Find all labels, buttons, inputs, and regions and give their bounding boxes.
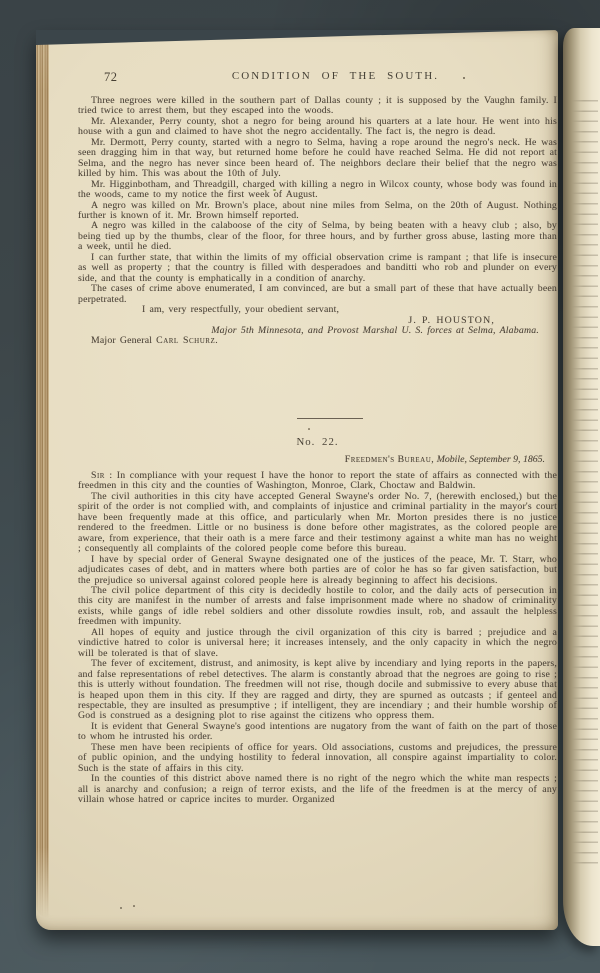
scanned-book-photo: 72 CONDITION OF THE SOUTH. Three negroes… bbox=[0, 0, 600, 973]
paragraph: I have by special order of General Swayn… bbox=[78, 555, 557, 586]
paragraph: Sir : In compliance with your request I … bbox=[78, 471, 557, 492]
dateline-org: Freedmen's Bureau, bbox=[345, 454, 434, 465]
addressee: Major General Carl Schurz. bbox=[78, 336, 557, 346]
speck bbox=[120, 907, 122, 909]
book-page: 72 CONDITION OF THE SOUTH. Three negroes… bbox=[36, 30, 558, 930]
paragraph: These men have been recipients of office… bbox=[78, 743, 557, 774]
houston-letter: Three negroes were killed in the souther… bbox=[78, 96, 557, 347]
speck bbox=[308, 428, 310, 430]
page-edge-stack bbox=[36, 38, 49, 918]
paragraph: All hopes of equity and justice through … bbox=[78, 628, 557, 659]
section-divider bbox=[297, 418, 363, 419]
speck bbox=[133, 905, 135, 907]
paragraph: Three negroes were killed in the souther… bbox=[78, 96, 557, 117]
houston-letter-paragraphs: Three negroes were killed in the souther… bbox=[78, 96, 557, 305]
speck bbox=[273, 189, 276, 191]
running-header: CONDITION OF THE SOUTH. bbox=[96, 70, 575, 82]
paragraph: In the counties of this district above n… bbox=[78, 774, 557, 805]
next-page-curl bbox=[563, 28, 600, 946]
paragraph: Mr. Dermott, Perry county, started with … bbox=[78, 138, 557, 180]
paragraph: The cases of crime above enumerated, I a… bbox=[78, 284, 557, 305]
curl-text-lines bbox=[572, 100, 598, 868]
bureau-letter-paragraphs: The civil authorities in this city have … bbox=[78, 492, 557, 806]
paragraph: I can further state, that within the lim… bbox=[78, 253, 557, 284]
addressee-prefix: Major General bbox=[91, 335, 156, 346]
paragraph: The civil police department of this city… bbox=[78, 586, 557, 628]
dateline: Freedmen's Bureau, Mobile, September 9, … bbox=[78, 454, 557, 465]
addressee-name: Carl Schurz. bbox=[156, 335, 218, 346]
paragraph: Mr. Alexander, Perry county, shot a negr… bbox=[78, 117, 557, 138]
page-header: 72 CONDITION OF THE SOUTH. bbox=[78, 70, 557, 86]
paragraph: The civil authorities in this city have … bbox=[78, 492, 557, 555]
paragraph: A negro was killed in the calaboose of t… bbox=[78, 221, 557, 252]
paragraph: It is evident that General Swayne's good… bbox=[78, 722, 557, 743]
bureau-letter: Sir : In compliance with your request I … bbox=[78, 471, 557, 806]
salutation-paragraph-rest: : In compliance with your request I have… bbox=[78, 470, 557, 491]
section-heading: No. 22. bbox=[78, 436, 557, 448]
page-content: 72 CONDITION OF THE SOUTH. Three negroes… bbox=[78, 30, 557, 930]
paragraph: The fever of excitement, distrust, and a… bbox=[78, 659, 557, 722]
paragraph: Mr. Higginbotham, and Threadgill, charge… bbox=[78, 180, 557, 201]
paragraph: A negro was killed on Mr. Brown's place,… bbox=[78, 201, 557, 222]
dateline-place-date: Mobile, September 9, 1865. bbox=[434, 454, 545, 465]
closing-line: I am, very respectfully, your obedient s… bbox=[78, 305, 557, 315]
page-top-slant bbox=[36, 30, 558, 45]
speck bbox=[463, 77, 465, 79]
